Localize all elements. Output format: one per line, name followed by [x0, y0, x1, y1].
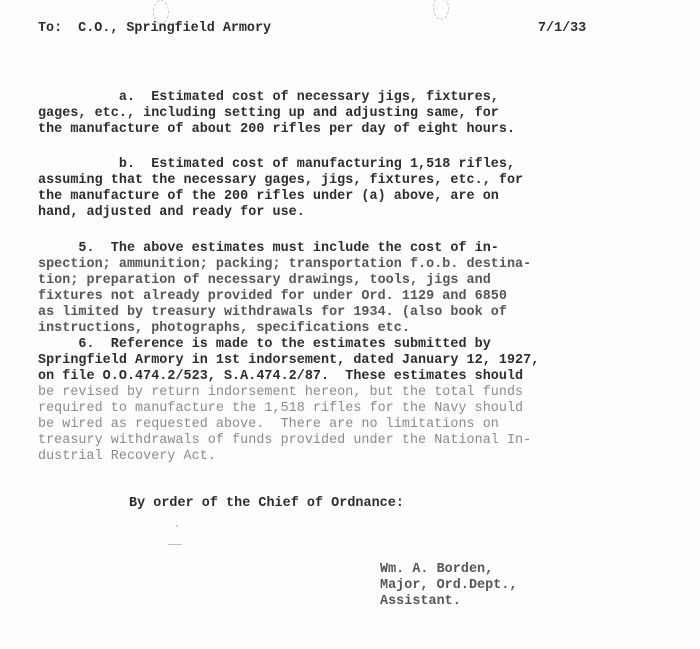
paragraph-a-line: a. Estimated cost of necessary jigs, fix… [38, 90, 499, 106]
paragraph-5-line: as limited by treasury withdrawals for 1… [38, 305, 507, 321]
paragraph-5-line: tion; preparation of necessary drawings,… [38, 273, 491, 289]
punch-hole-mark [433, 0, 449, 20]
paragraph-a-line: gages, etc., including setting up and ad… [38, 106, 499, 122]
paragraph-6-line: required to manufacture the 1,518 rifles… [38, 401, 523, 417]
paragraph-6-line: be wired as requested above. There are n… [38, 417, 499, 433]
paragraph-6-line: on file O.O.474.2/523, S.A.474.2/87. The… [38, 369, 523, 385]
recipient-line: To: C.O., Springfield Armory [38, 21, 271, 36]
paragraph-6-line: Springfield Armory in 1st indorsement, d… [38, 353, 539, 369]
paper-speck [168, 544, 182, 545]
paragraph-6-line: treasury withdrawals of funds provided u… [38, 433, 531, 449]
paragraph-5-line: spection; ammunition; packing; transport… [38, 257, 531, 273]
signature-name: Wm. A. Borden, [380, 562, 493, 578]
document-date: 7/1/33 [538, 21, 586, 36]
paragraph-5-line: 5. The above estimates must include the … [38, 241, 499, 257]
paragraph-b-line: hand, adjusted and ready for use. [38, 205, 305, 221]
paragraph-b-line: b. Estimated cost of manufacturing 1,518… [38, 157, 515, 173]
paragraph-b-line: the manufacture of the 200 rifles under … [38, 189, 499, 205]
paragraph-6-line: dustrial Recovery Act. [38, 449, 216, 465]
paragraph-6-line: 6. Reference is made to the estimates su… [38, 337, 491, 353]
paragraph-5-line: instructions, photographs, specification… [38, 321, 410, 337]
signature-title: Assistant. [380, 594, 461, 610]
paragraph-b-line: assuming that the necessary gages, jigs,… [38, 173, 523, 189]
closing-line: By order of the Chief of Ordnance: [129, 496, 404, 512]
paragraph-a-line: the manufacture of about 200 rifles per … [38, 122, 515, 138]
paragraph-6-line: be revised by return indorsement hereon,… [38, 385, 523, 401]
signature-rank: Major, Ord.Dept., [380, 578, 517, 594]
paragraph-5-line: fixtures not already provided for under … [38, 289, 507, 305]
document-page: To: C.O., Springfield Armory 7/1/33 a. E… [0, 0, 700, 649]
paper-speck [176, 525, 178, 527]
